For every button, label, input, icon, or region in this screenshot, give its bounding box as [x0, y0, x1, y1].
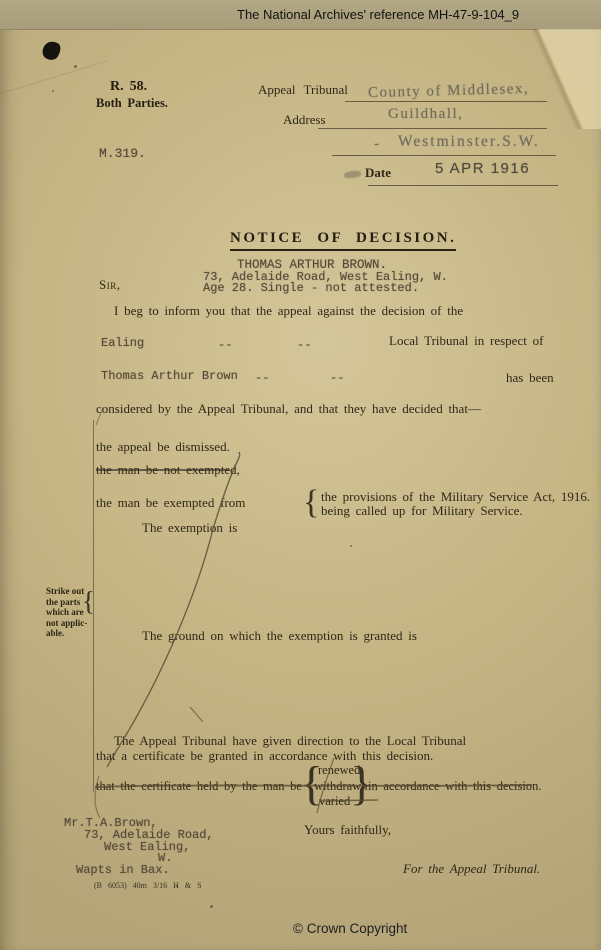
form-rule [332, 155, 556, 156]
certificate-suffix: in accordance with this decision. [368, 779, 542, 794]
direction-line-2: that a certificate be granted in accorda… [96, 748, 433, 764]
option-dismissed: the appeal be dismissed. [96, 439, 230, 455]
typed-dash: -- [218, 338, 232, 352]
document-scan: The National Archives' reference MH-47-9… [0, 0, 601, 950]
option-not-exempted: the man be not exempted, [96, 462, 240, 478]
cert-option-varied: varied [319, 794, 350, 809]
paper-speck [52, 90, 54, 92]
notice-title: NOTICE OF DECISION. [230, 230, 456, 251]
for-appeal-tribunal: For the Appeal Tribunal. [403, 861, 540, 877]
margin-note-line: able. [46, 628, 94, 639]
local-tribunal-value: Ealing [101, 336, 144, 350]
appellant-value: Thomas Arthur Brown [101, 369, 238, 383]
ground-text: The ground on which the exemption is gra… [142, 628, 417, 644]
addressee-line-3: West Ealing, [104, 840, 190, 854]
filing-annotation: Wapts in Bax. [76, 863, 170, 877]
address-dash-mark: - [374, 136, 381, 153]
margin-note-brace: { [82, 588, 95, 615]
paper-speck [210, 905, 213, 908]
closing-text: Yours faithfully, [304, 822, 391, 838]
address-label: Address [283, 112, 326, 128]
local-tribunal-suffix: Local Tribunal in respect of [389, 333, 543, 349]
case-number: M.319. [99, 146, 146, 161]
date-stamp: 5 APR 1916 [435, 160, 530, 177]
archive-reference: The National Archives' reference MH-47-9… [237, 7, 519, 22]
form-parties: Both Parties. [96, 96, 168, 111]
has-been-text: has been [506, 370, 554, 386]
crown-copyright: © Crown Copyright [293, 921, 407, 936]
address-line-1-stamp: Guildhall, [388, 106, 463, 123]
salutation: Sir, [99, 277, 120, 293]
paper-corner-fold [512, 29, 601, 129]
address-line-2-stamp: Westminster.S.W. [398, 133, 540, 151]
exemption-is-text: The exemption is [142, 520, 237, 536]
typed-dash: -- [330, 371, 344, 385]
tribunal-label: Appeal Tribunal [258, 82, 348, 98]
direction-line-1: The Appeal Tribunal have given direction… [114, 733, 466, 749]
form-rule [368, 185, 558, 186]
date-label: Date [365, 165, 391, 181]
form-rule [345, 101, 547, 102]
printer-code: (B 6053) 40m 3/16 H & S [94, 881, 202, 890]
margin-note-line: not applic- [46, 618, 94, 629]
certificate-held-text: that the certificate held by the man be [96, 779, 302, 794]
typed-dash: -- [255, 371, 269, 385]
form-number: R. 58. [110, 79, 147, 95]
exempted-from-option-2: being called up for Military Service. [321, 503, 523, 519]
body-intro: I beg to inform you that the appeal agai… [114, 303, 463, 319]
option-exempted: the man be exempted from [96, 495, 245, 511]
form-rule [318, 128, 547, 129]
paper-speck [74, 65, 77, 68]
considered-text: considered by the Appeal Tribunal, and t… [96, 401, 481, 417]
typed-dash: -- [297, 338, 311, 352]
recipient-details: Age 28. Single - not attested. [203, 281, 419, 295]
brace-left-provisions: { [303, 486, 319, 520]
paper-speck [350, 545, 352, 547]
